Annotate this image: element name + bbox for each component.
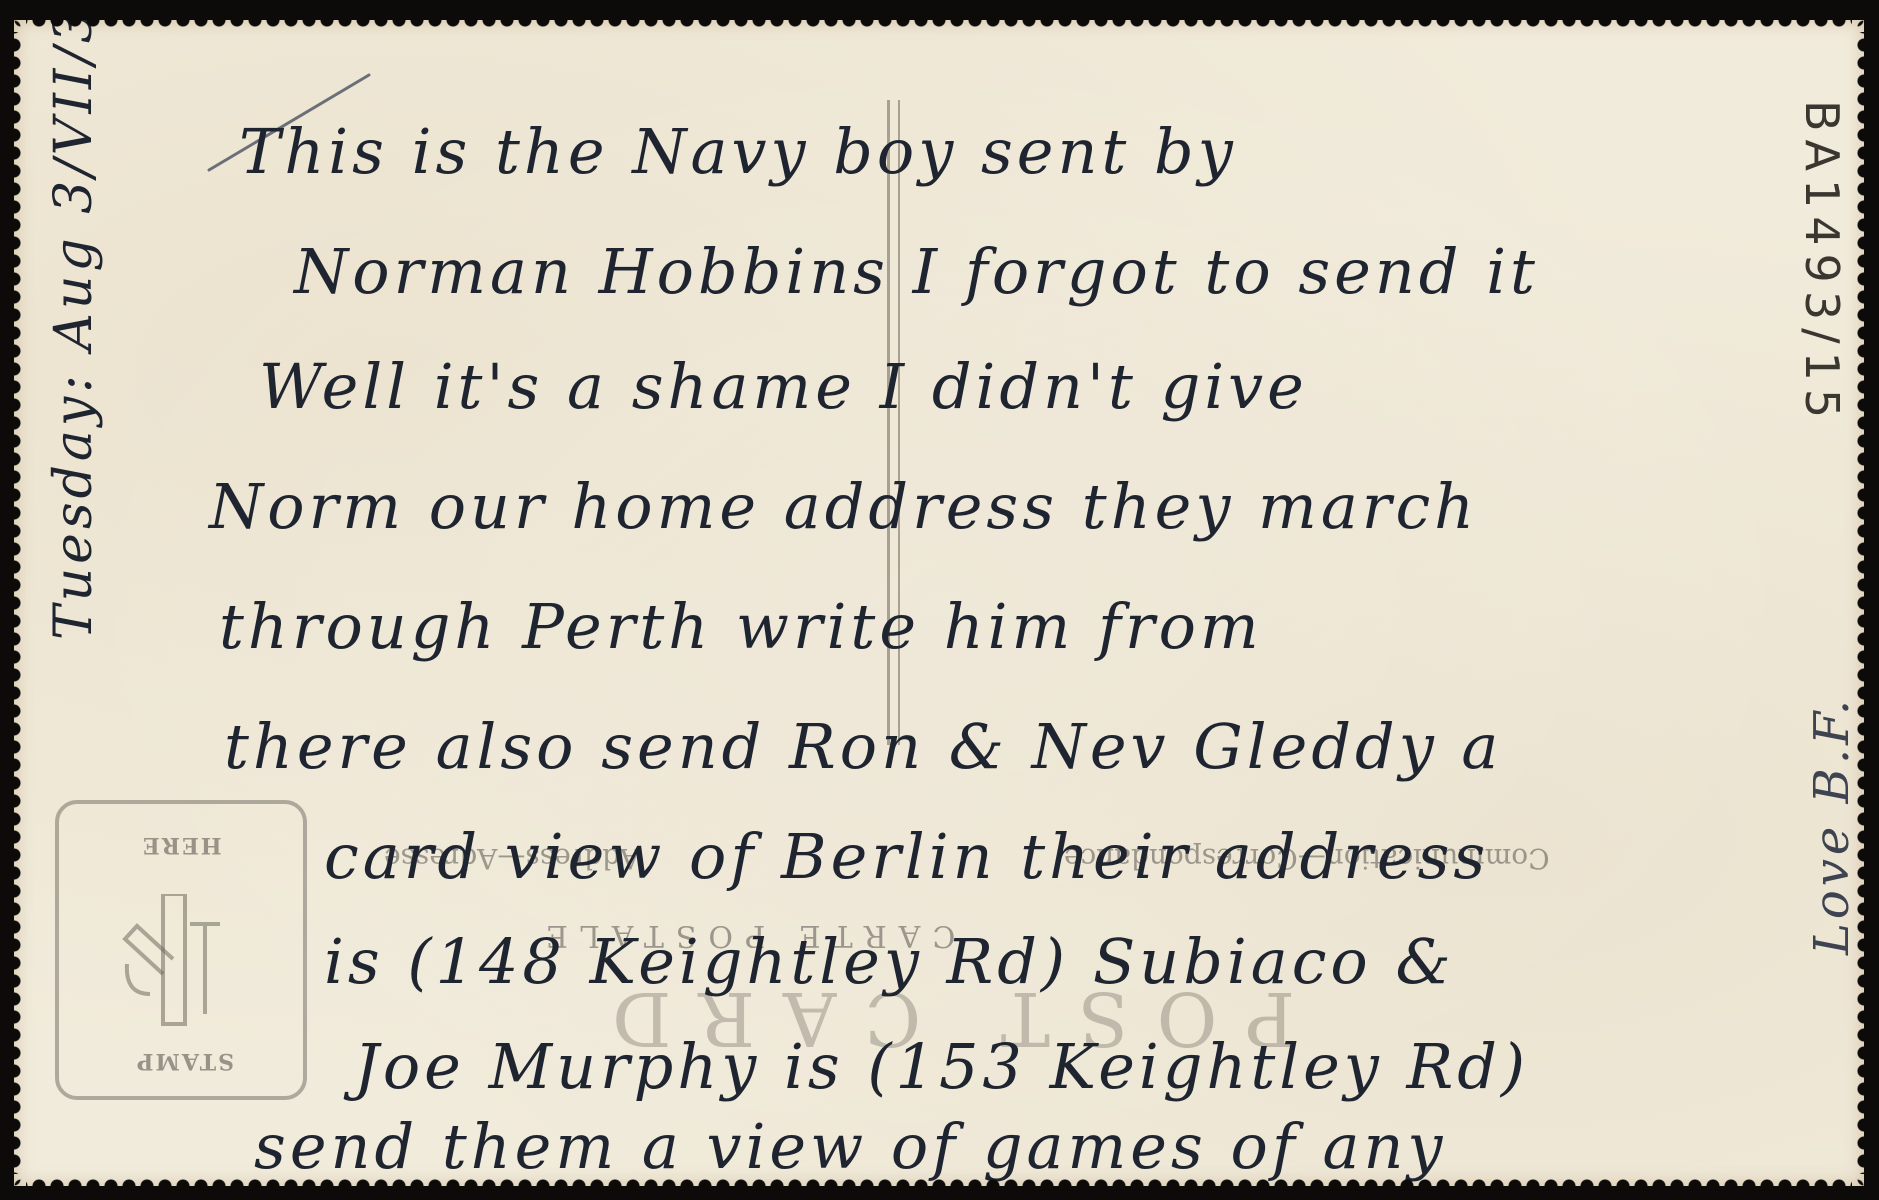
handwritten-line-8: is (148 Keightley Rd) Subiaco & — [324, 925, 1455, 998]
handwritten-line-6: there also send Ron & Nev Gleddy a — [224, 710, 1502, 783]
handwritten-line-3: Well it's a shame I didn't give — [259, 350, 1308, 423]
stamp-here-label: HERE — [141, 832, 222, 858]
stamp-stamp-label: STAMP — [135, 1048, 234, 1074]
postcard: Communication—Correspondance Address—Adr… — [14, 20, 1864, 1186]
handwritten-line-9: Joe Murphy is (153 Keightley Rd) — [354, 1030, 1529, 1103]
handwritten-line-5: through Perth write him from — [219, 590, 1263, 663]
handwritten-line-1: This is the Navy boy sent by — [239, 115, 1237, 188]
handwritten-line-4: Norm our home address they march — [209, 470, 1478, 543]
stamp-box: HERE STAMP — [55, 800, 307, 1100]
handwritten-line-10: send them a view of games of any — [254, 1110, 1446, 1183]
archive-reference-number: BA1493/15 — [1795, 100, 1849, 426]
handwritten-line-2: Norman Hobbins I forgot to send it — [294, 235, 1539, 308]
margin-date: Tuesday: Aug 3/VII/36 — [44, 0, 104, 640]
k-monogram-icon — [115, 894, 245, 1034]
handwritten-line-7: card view of Berlin their address — [324, 820, 1489, 893]
signoff: Love B.F. — [1804, 696, 1860, 955]
